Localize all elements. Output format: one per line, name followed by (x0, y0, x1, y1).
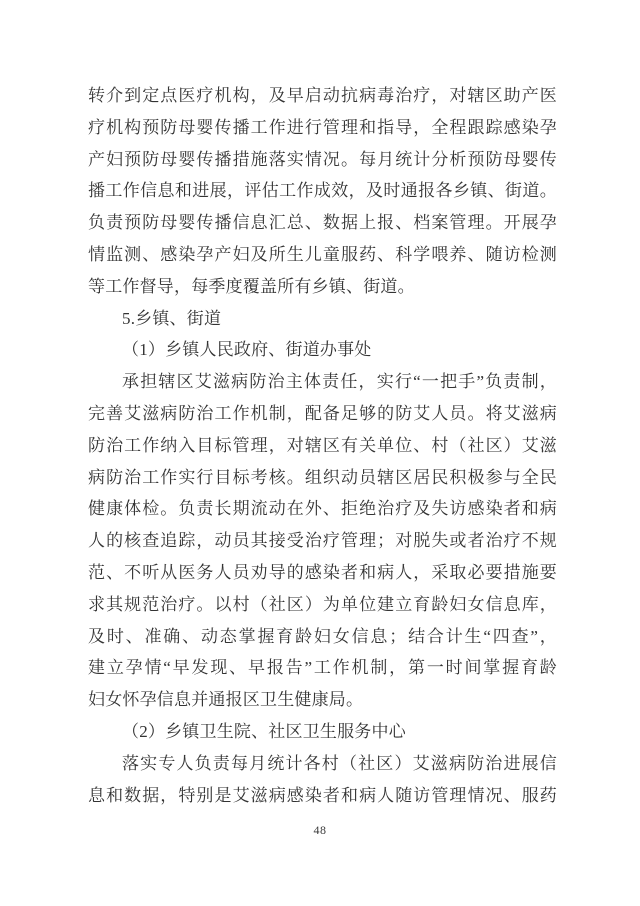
text-line: 人的核查追踪，动员其接受治疗管理；对脱失或者治疗不规 (88, 525, 557, 557)
text-line: （1）乡镇人民政府、街道办事处 (88, 334, 557, 366)
text-line: 播工作信息和进展，评估工作成效，及时通报各乡镇、街道。 (88, 175, 557, 207)
text-line: 范、不听从医务人员劝导的感染者和病人，采取必要措施要 (88, 557, 557, 589)
page-number: 48 (0, 822, 640, 838)
text-line: 落实专人负责每月统计各村（社区）艾滋病防治进展信 (88, 748, 557, 780)
text-line: 5.乡镇、街道 (88, 303, 557, 335)
document-body-text: 转介到定点医疗机构，及早启动抗病毒治疗，对辖区助产医疗机构预防母婴传播工作进行管… (88, 80, 557, 811)
text-line: 情监测、感染孕产妇及所生儿童服药、科学喂养、随访检测 (88, 239, 557, 271)
text-line: （2）乡镇卫生院、社区卫生服务中心 (88, 716, 557, 748)
text-line: 求其规范治疗。以村（社区）为单位建立育龄妇女信息库， (88, 589, 557, 621)
text-line: 产妇预防母婴传播措施落实情况。每月统计分析预防母婴传 (88, 144, 557, 176)
text-line: 疗机构预防母婴传播工作进行管理和指导，全程跟踪感染孕 (88, 112, 557, 144)
text-line: 转介到定点医疗机构，及早启动抗病毒治疗，对辖区助产医 (88, 80, 557, 112)
text-line: 完善艾滋病防治工作机制，配备足够的防艾人员。将艾滋病 (88, 398, 557, 430)
text-line: 健康体检。负责长期流动在外、拒绝治疗及失访感染者和病 (88, 493, 557, 525)
document-page: 转介到定点医疗机构，及早启动抗病毒治疗，对辖区助产医疗机构预防母婴传播工作进行管… (0, 0, 640, 906)
text-line: 负责预防母婴传播信息汇总、数据上报、档案管理。开展孕 (88, 207, 557, 239)
text-line: 防治工作纳入目标管理，对辖区有关单位、村（社区）艾滋 (88, 430, 557, 462)
text-line: 等工作督导，每季度覆盖所有乡镇、街道。 (88, 271, 557, 303)
text-line: 建立孕情“早发现、早报告”工作机制，第一时间掌握育龄 (88, 652, 557, 684)
text-line: 病防治工作实行目标考核。组织动员辖区居民积极参与全民 (88, 462, 557, 494)
text-line: 妇女怀孕信息并通报区卫生健康局。 (88, 684, 557, 716)
text-line: 及时、准确、动态掌握育龄妇女信息；结合计生“四查”， (88, 621, 557, 653)
text-line: 承担辖区艾滋病防治主体责任，实行“一把手”负责制， (88, 366, 557, 398)
text-line: 息和数据，特别是艾滋病感染者和病人随访管理情况、服药 (88, 780, 557, 812)
